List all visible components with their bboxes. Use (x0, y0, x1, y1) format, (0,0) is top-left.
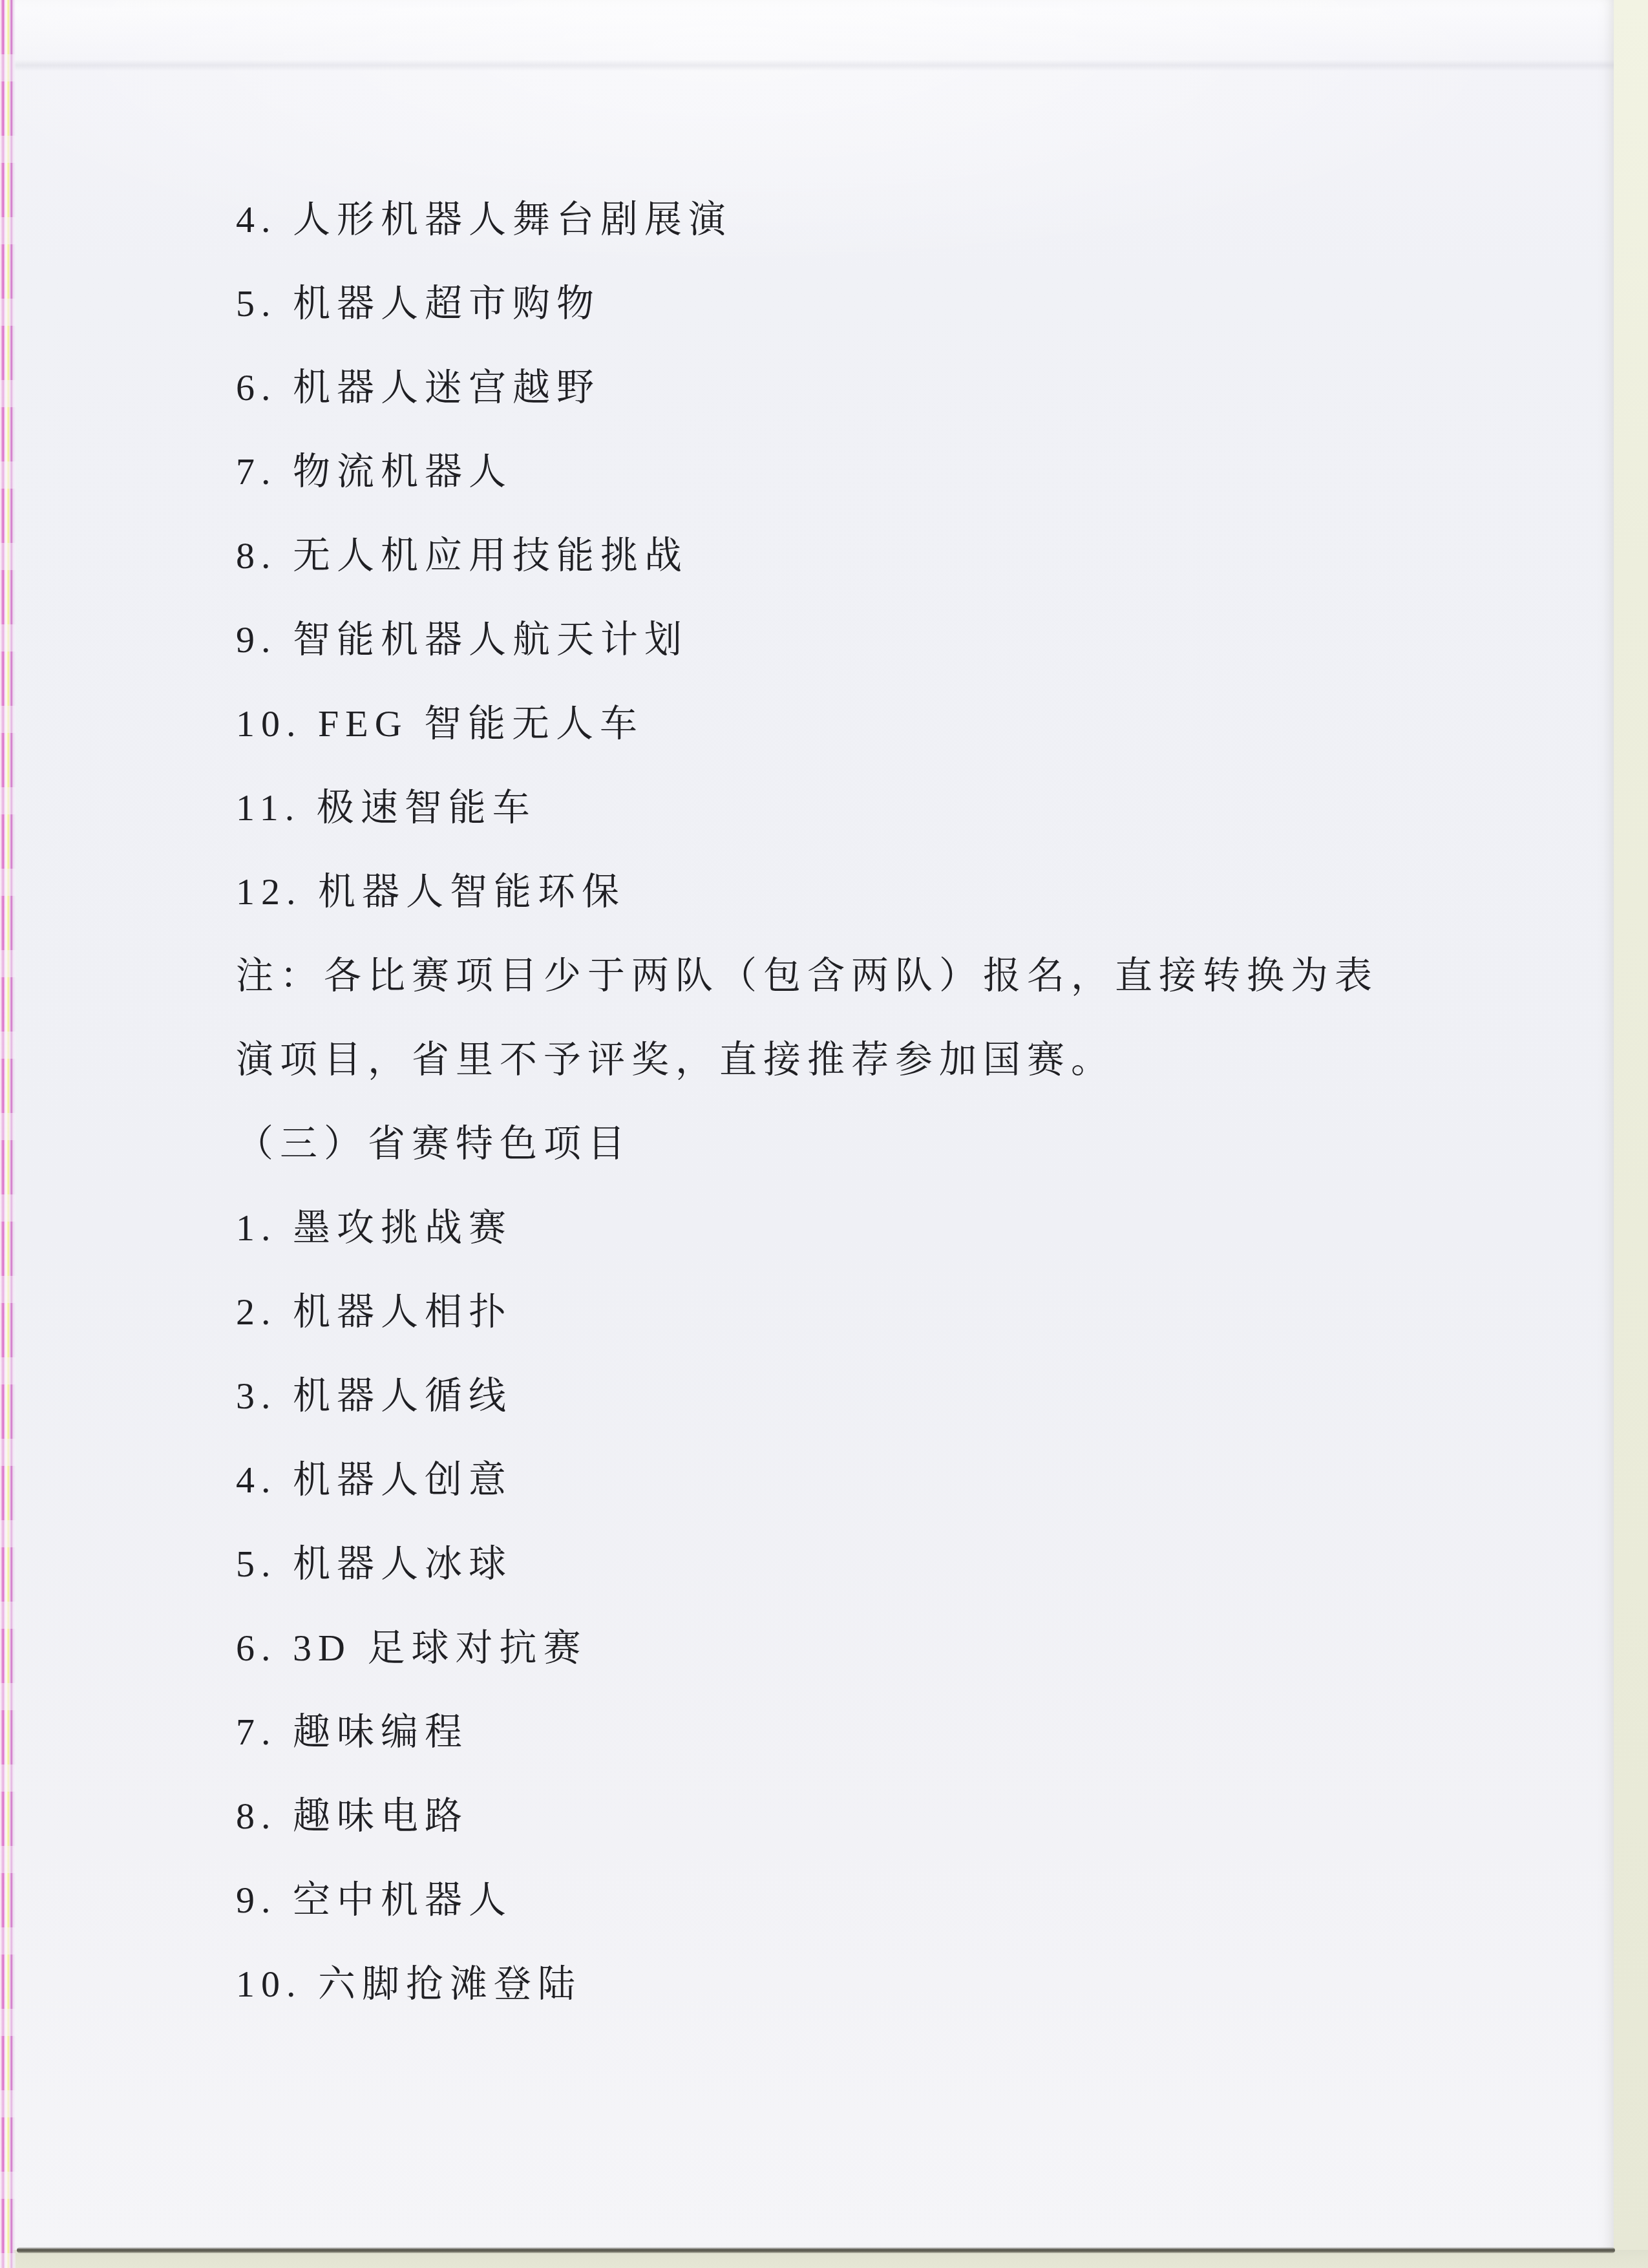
list-item: 3. 机器人循线 (236, 1354, 1464, 1438)
list-item: 10. 六脚抢滩登陆 (236, 1942, 1464, 2026)
list-item: 7. 趣味编程 (236, 1690, 1464, 1774)
list-item: 6. 3D 足球对抗赛 (236, 1606, 1464, 1690)
list-item: 6. 机器人迷宫越野 (236, 346, 1464, 430)
scanner-bed-right (1614, 0, 1648, 2250)
list-item: 4. 人形机器人舞台剧展演 (236, 178, 1464, 262)
scan-edge-stripes (0, 0, 16, 2268)
note-line-2: 演项目，省里不予评奖，直接推荐参加国赛。 (236, 1018, 1464, 1102)
note-line-1: 注：各比赛项目少于两队（包含两队）报名，直接转换为表 (236, 934, 1464, 1018)
list-item: 7. 物流机器人 (236, 430, 1464, 514)
list-item: 12. 机器人智能环保 (236, 850, 1464, 934)
list-item: 1. 墨攻挑战赛 (236, 1186, 1464, 1270)
scanned-page: 4. 人形机器人舞台剧展演 5. 机器人超市购物 6. 机器人迷宫越野 7. 物… (0, 0, 1648, 2268)
list-item: 8. 无人机应用技能挑战 (236, 514, 1464, 598)
list-item: 9. 智能机器人航天计划 (236, 598, 1464, 682)
document-text: 4. 人形机器人舞台剧展演 5. 机器人超市购物 6. 机器人迷宫越野 7. 物… (236, 178, 1464, 2026)
list-item: 2. 机器人相扑 (236, 1270, 1464, 1354)
list-item: 5. 机器人超市购物 (236, 262, 1464, 346)
list-item: 11. 极速智能车 (236, 766, 1464, 850)
list-item: 8. 趣味电路 (236, 1774, 1464, 1858)
paper-bottom-edge (17, 2247, 1615, 2253)
list-item: 9. 空中机器人 (236, 1858, 1464, 1942)
list-item: 10. FEG 智能无人车 (236, 682, 1464, 766)
list-item: 5. 机器人冰球 (236, 1522, 1464, 1606)
paper-crease (0, 59, 1614, 71)
section-heading: （三）省赛特色项目 (236, 1102, 1464, 1186)
list-item: 4. 机器人创意 (236, 1438, 1464, 1522)
